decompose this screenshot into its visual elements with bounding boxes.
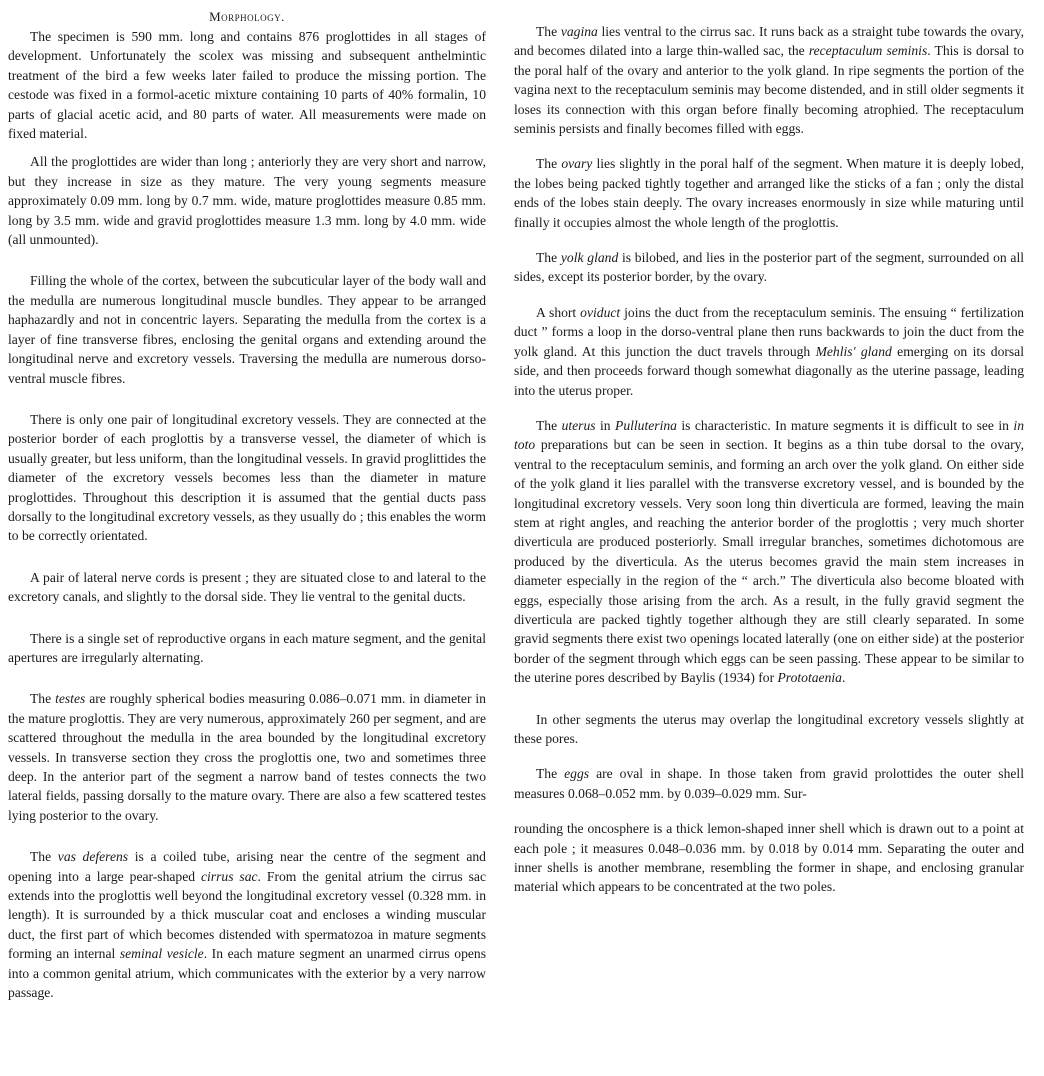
italic-term: uterus (562, 418, 596, 433)
paragraph-ovary: The ovary lies slightly in the poral hal… (514, 154, 1024, 232)
italic-term: Prototaenia (778, 670, 842, 685)
paragraph-vagina: The vagina lies ventral to the cirrus sa… (514, 22, 1024, 138)
paragraph-cortex: Filling the whole of the cortex, between… (8, 271, 486, 387)
paragraph-proglottides: All the proglottides are wider than long… (8, 152, 486, 249)
section-heading: Morphology. (8, 9, 486, 25)
italic-term: ovary (561, 156, 592, 171)
paragraph-oviduct: A short oviduct joins the duct from the … (514, 303, 1024, 400)
paragraph-reproductive: There is a single set of reproductive or… (8, 629, 486, 668)
paragraph-oncosphere: rounding the oncosphere is a thick lemon… (514, 819, 1024, 897)
italic-term: Mehlis' gland (816, 344, 892, 359)
paragraph-vas-deferens: The vas deferens is a coiled tube, arisi… (8, 847, 486, 1002)
italic-term: oviduct (580, 305, 620, 320)
term-testes: testes (55, 691, 85, 706)
italic-term: cirrus sac (201, 869, 258, 884)
left-column: Morphology. The specimen is 590 mm. long… (8, 0, 486, 1002)
paragraph-eggs: The eggs are oval in shape. In those tak… (514, 764, 1024, 803)
italic-term: yolk gland (561, 250, 618, 265)
italic-term: seminal vesicle (120, 946, 204, 961)
paragraph-testes: The testes are roughly spherical bodies … (8, 689, 486, 825)
paragraph-excretory: There is only one pair of longitudinal e… (8, 410, 486, 546)
paragraph-specimen: The specimen is 590 mm. long and contain… (8, 27, 486, 143)
paragraph-uterus: The uterus in Pulluterina is characteris… (514, 416, 1024, 688)
italic-term: vagina (561, 24, 598, 39)
paragraph-uterus-pores: In other segments the uterus may overlap… (514, 710, 1024, 749)
paragraph-nerve-cords: A pair of lateral nerve cords is present… (8, 568, 486, 607)
italic-term: vas deferens (58, 849, 128, 864)
italic-term: eggs (564, 766, 589, 781)
paragraph-yolk-gland: The yolk gland is bilobed, and lies in t… (514, 248, 1024, 287)
right-column: The vagina lies ventral to the cirrus sa… (514, 22, 1024, 897)
italic-term: receptaculum seminis (809, 43, 927, 58)
italic-term: Pulluterina (615, 418, 677, 433)
